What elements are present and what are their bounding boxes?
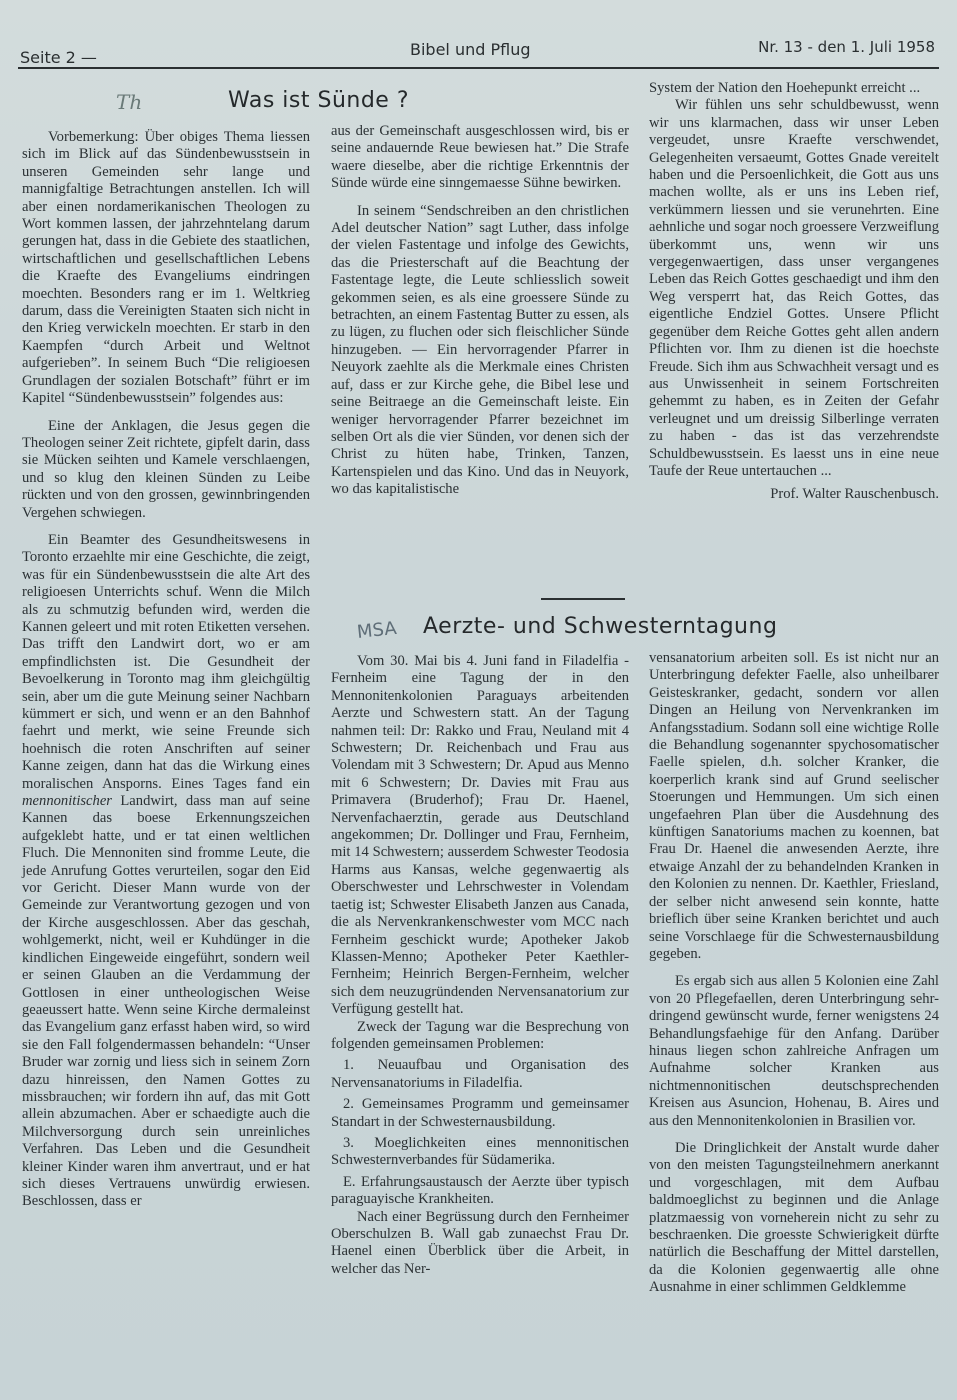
paragraph: Zweck der Tagung war die Besprechung von… <box>331 1019 629 1054</box>
article-title: Aerzte- und Schwesterntagung <box>423 614 777 639</box>
masthead: Seite 2 — Bibel und Pflug Nr. 13 - den 1… <box>18 38 939 68</box>
article1-column-2: aus der Gemeinschaft ausgeschlossen wird… <box>331 123 629 499</box>
italic-word: mennonitischer <box>22 793 112 809</box>
article1-column-3: System der Nation den Hoehepunkt erreich… <box>649 80 939 504</box>
issue-date: Nr. 13 - den 1. Juli 1958 <box>758 38 935 56</box>
paragraph: In seinem “Sendschreiben an den christli… <box>331 203 629 499</box>
paragraph: System der Nation den Hoehepunkt erreich… <box>649 80 939 97</box>
paragraph: Es ergab sich aus allen 5 Kolonien eine … <box>649 973 939 1130</box>
author-signature: Prof. Walter Rauschenbusch. <box>649 486 939 503</box>
article-title: Was ist Sünde ? <box>228 88 409 113</box>
list-item: 3. Moeglichkeiten eines mennonitischen S… <box>331 1135 629 1170</box>
handwritten-note: Th <box>116 90 142 114</box>
paragraph: Die Dringlichkeit der Anstalt wurde dahe… <box>649 1140 939 1297</box>
publication-title: Bibel und Pflug <box>410 40 531 59</box>
paragraph: Ein Beamter des Gesundheitswesens in Tor… <box>22 532 310 1211</box>
article1-column-1: Vorbemerkung: Über obiges Thema liessen … <box>22 129 310 1211</box>
paragraph: Eine der Anklagen, die Jesus gegen die T… <box>22 418 310 522</box>
list-item: 1. Neuaufbau und Organisation des Nerven… <box>331 1057 629 1092</box>
list-item: E. Erfahrungsaustausch der Aerzte über t… <box>331 1174 629 1209</box>
paragraph: aus der Gemeinschaft ausgeschlossen wird… <box>331 123 629 193</box>
problem-list: 1. Neuaufbau und Organisation des Nerven… <box>331 1057 629 1208</box>
masthead-rule <box>18 67 939 69</box>
paragraph: Vorbemerkung: Über obiges Thema liessen … <box>22 129 310 408</box>
paragraph: Vom 30. Mai bis 4. Juni fand in Filadelf… <box>331 653 629 1019</box>
article2-column-2: vensanatorium arbeiten soll. Es ist nich… <box>649 650 939 1297</box>
list-item: 2. Gemeinsames Programm und gemeinsamer … <box>331 1096 629 1131</box>
section-divider <box>541 598 625 600</box>
page-label: Seite 2 — <box>20 48 97 67</box>
paragraph: Nach einer Begrüssung durch den Fernheim… <box>331 1209 629 1279</box>
handwritten-note: MSA <box>356 618 398 643</box>
paragraph: Wir fühlen uns sehr schuldbewusst, wenn … <box>649 97 939 480</box>
newspaper-page: Seite 2 — Bibel und Pflug Nr. 13 - den 1… <box>0 0 957 1400</box>
article2-column-1: Vom 30. Mai bis 4. Juni fand in Filadelf… <box>331 653 629 1278</box>
paragraph: vensanatorium arbeiten soll. Es ist nich… <box>649 650 939 963</box>
